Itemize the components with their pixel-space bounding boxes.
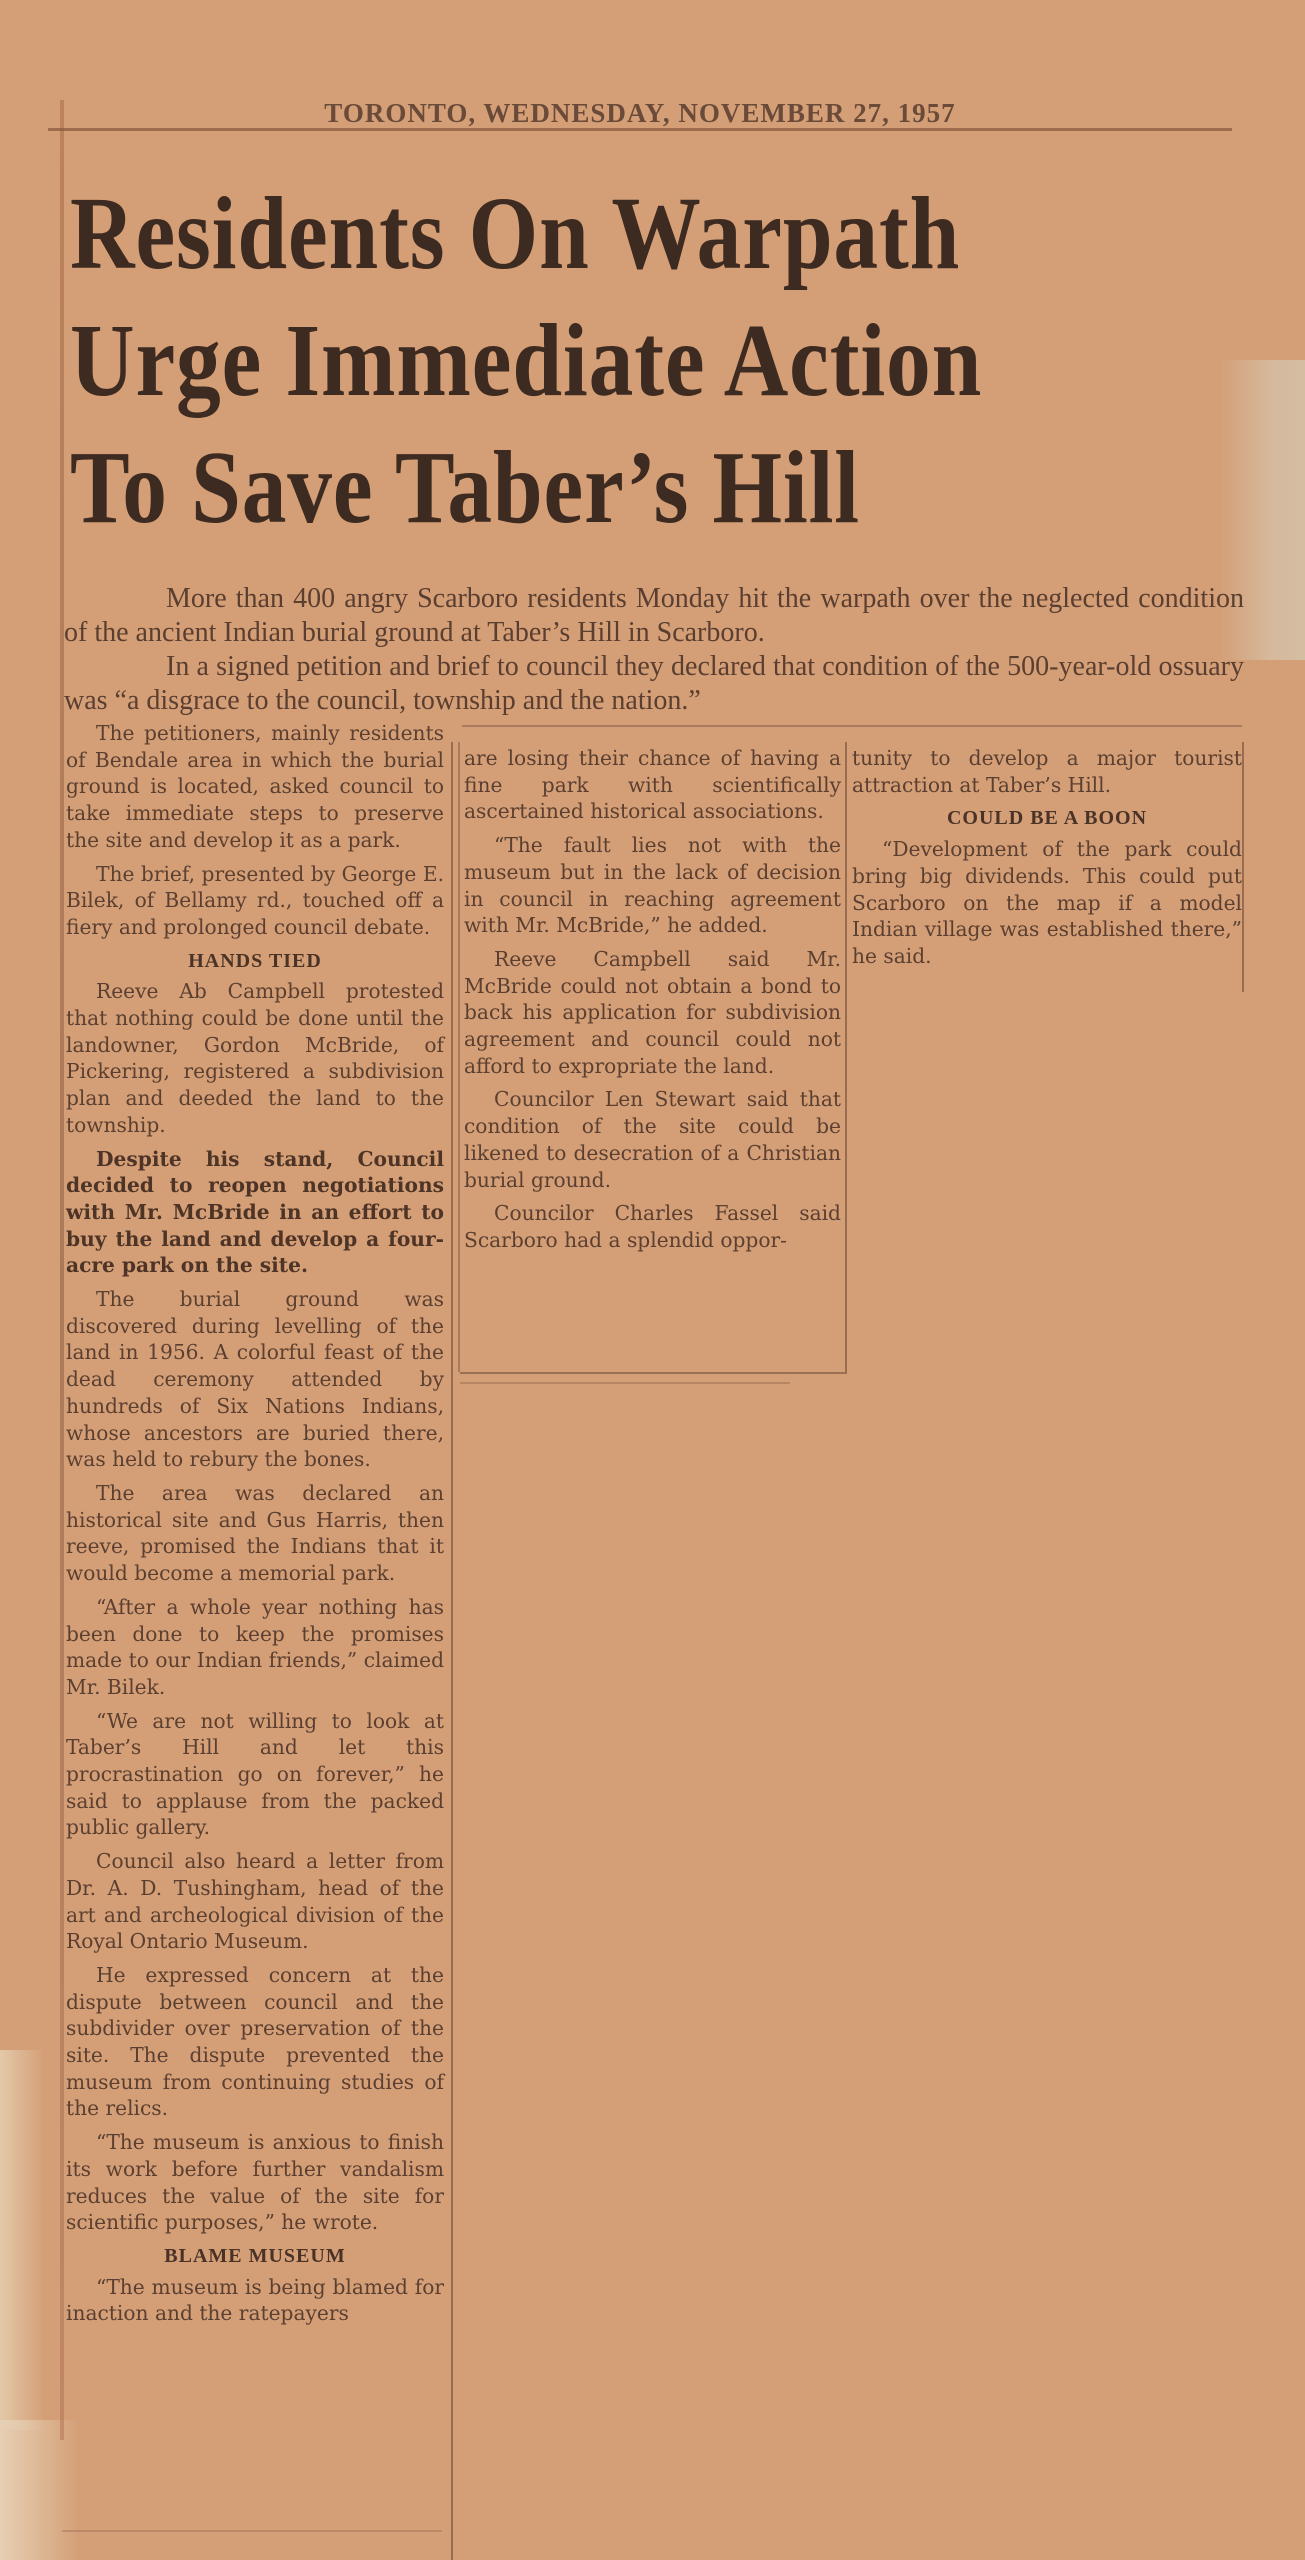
article-paragraph: The petitioners, mainly residents of Ben… [66,720,444,854]
article-paragraph: tunity to develop a major tourist attrac… [852,745,1242,798]
article-paragraph: “Development of the park could bring big… [852,836,1242,970]
column-rule [845,742,847,1374]
headline-line: Urge Immediate Action [70,297,1059,424]
article-paragraph: “We are not willing to look at Taber’s H… [66,1708,444,1842]
article-paragraph: Reeve Ab Campbell protested that nothing… [66,978,444,1138]
column-rule [451,742,453,2560]
column-right: tunity to develop a major tourist attrac… [852,745,1242,977]
paper-wear-bottom [0,2420,80,2560]
lead-paragraph: In a signed petition and brief to counci… [64,650,1244,718]
column-end-rule [62,2530,442,2532]
dateline-rule [48,128,1232,131]
article-paragraph: The burial ground was discovered during … [66,1286,444,1473]
clipping-left-edge [60,100,64,2440]
column-rule [1242,742,1244,992]
column-middle: are losing their chance of having a fine… [464,745,841,1261]
article-paragraph: The area was declared an historical site… [66,1480,444,1587]
subheading: BLAME MUSEUM [66,2243,444,2270]
headline: Residents On Warpath Urge Immediate Acti… [70,170,1059,551]
article-paragraph: The brief, presented by George E. Bilek,… [66,861,444,941]
article-paragraph: He expressed concern at the dispute betw… [66,1962,444,2122]
dateline: TORONTO, WEDNESDAY, NOVEMBER 27, 1957 [48,98,1232,129]
lead-divider [462,725,1242,727]
article-paragraph: Councilor Len Stewart said that conditio… [464,1086,841,1193]
article-paragraph: Council also heard a letter from Dr. A. … [66,1848,444,1955]
column-end-rule [460,1382,790,1384]
column-rule [458,742,460,1372]
paper-wear-left [0,2050,44,2430]
article-paragraph: “The museum is being blamed for inaction… [66,2274,444,2327]
article-paragraph: “The fault lies not with the museum but … [464,832,841,939]
article-paragraph: “The museum is anxious to finish its wor… [66,2129,444,2236]
article-paragraph: “After a whole year nothing has been don… [66,1594,444,1701]
article-paragraph: Despite his stand, Council decided to re… [66,1146,444,1280]
subheading: HANDS TIED [66,948,444,975]
lead-paragraphs: More than 400 angry Scarboro residents M… [64,582,1244,718]
article-paragraph: Reeve Campbell said Mr. McBride could no… [464,946,841,1080]
headline-line: To Save Taber’s Hill [70,424,1059,551]
subheading: COULD BE A BOON [852,805,1242,832]
article-paragraph: Councilor Charles Fassel said Scarboro h… [464,1200,841,1253]
article-paragraph: are losing their chance of having a fine… [464,745,841,825]
headline-line: Residents On Warpath [70,170,1059,297]
lead-paragraph: More than 400 angry Scarboro residents M… [64,582,1244,650]
column-end-rule [460,1372,845,1374]
column-left: The petitioners, mainly residents of Ben… [66,720,444,2334]
